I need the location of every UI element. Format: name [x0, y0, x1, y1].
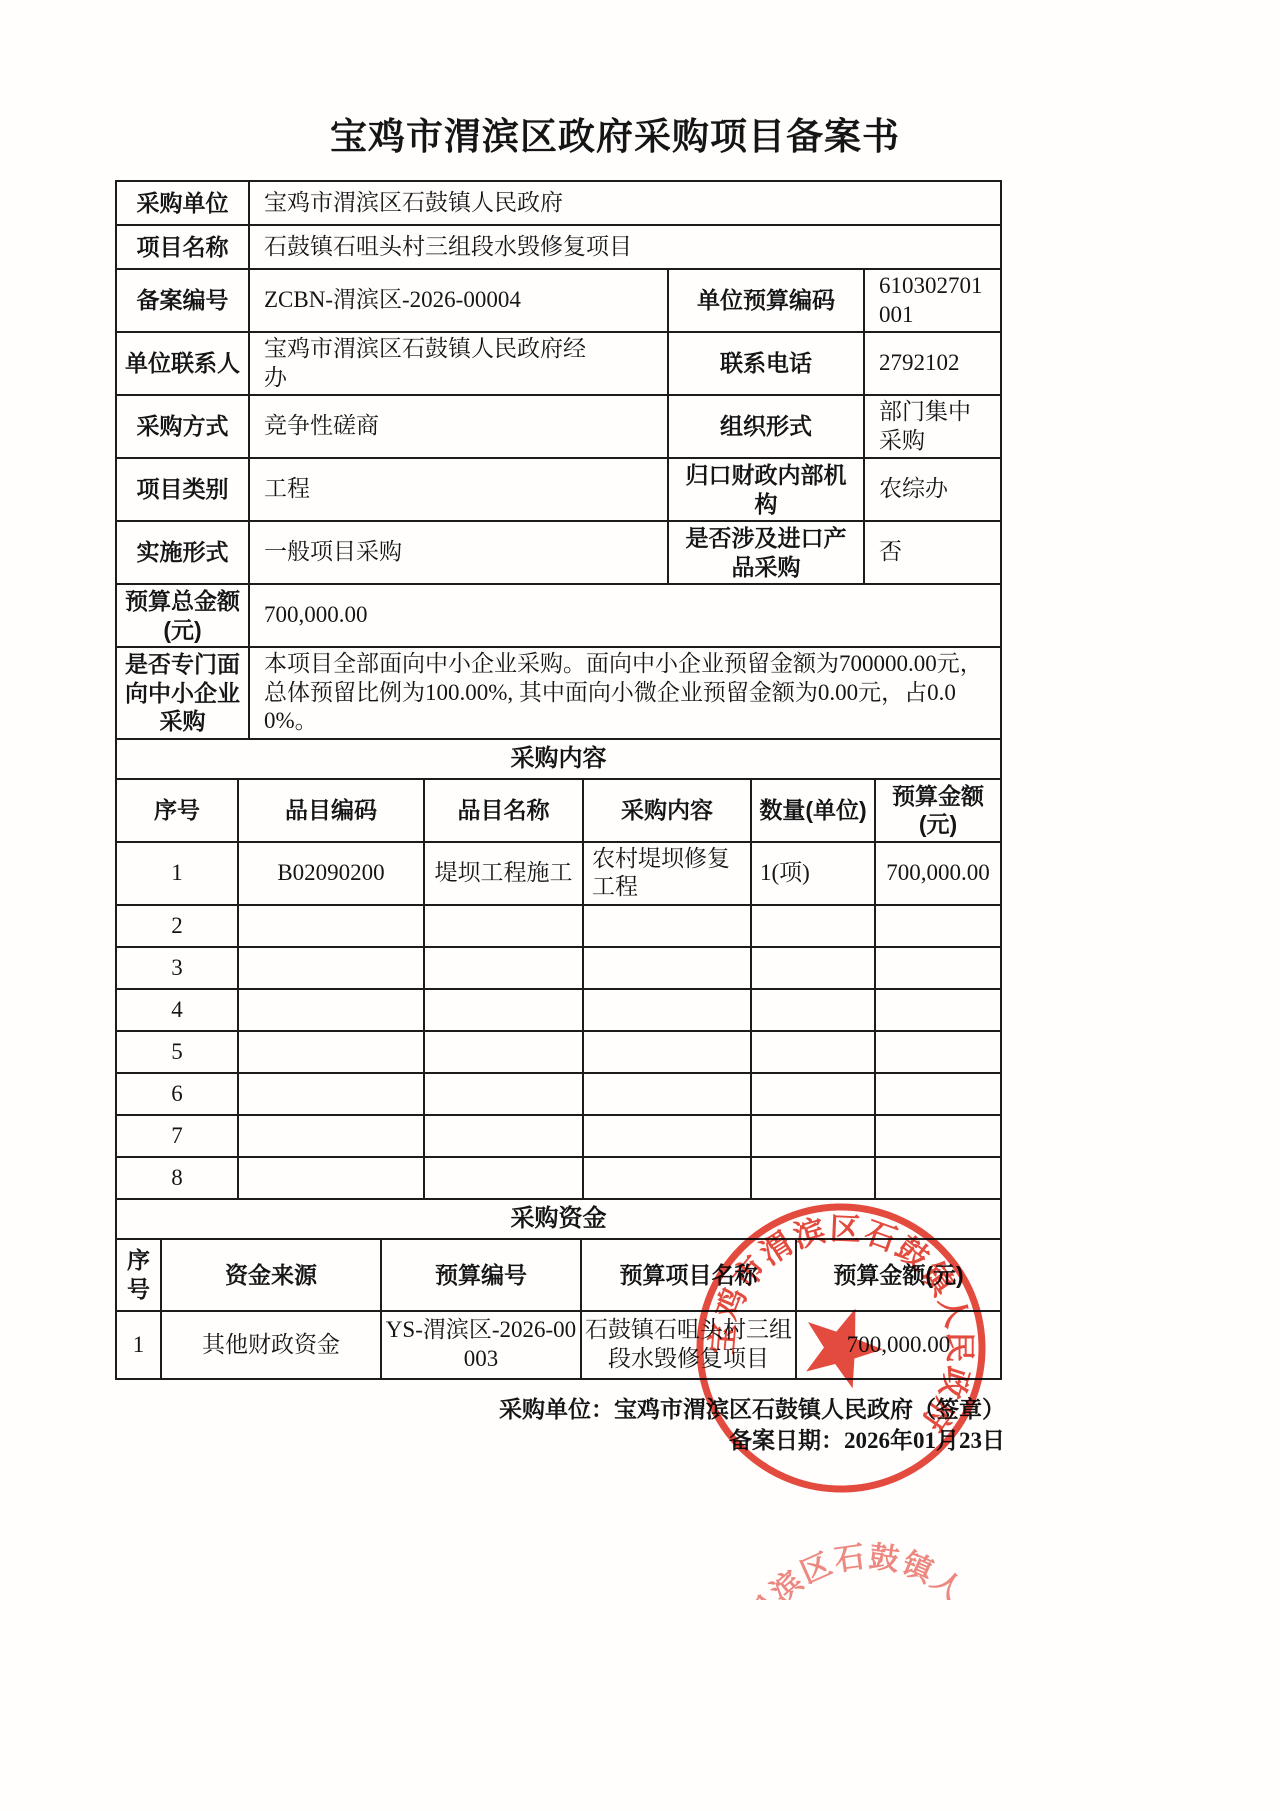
amount-cell: 700,000.00 [875, 842, 1001, 905]
qty-cell: 1(项) [751, 842, 875, 905]
empty-cell [875, 947, 1001, 989]
finance-dept-label: 归口财政内部机构 [668, 458, 864, 521]
budget-amount-cell: 700,000.00 [796, 1311, 1001, 1379]
seq-cell: 1 [116, 842, 238, 905]
phone-value: 2792102 [864, 332, 1001, 395]
budget-code-label: 单位预算编码 [668, 269, 864, 332]
table-row: 实施形式 一般项目采购 是否涉及进口产品采购 否 [116, 521, 1001, 584]
seq-cell: 7 [116, 1115, 238, 1157]
footer-block: 采购单位：宝鸡市渭滨区石鼓镇人民政府（签章） 备案日期：2026年01月23日 [115, 1394, 1005, 1456]
funds-section-title: 采购资金 [116, 1199, 1001, 1239]
signature-line: 采购单位：宝鸡市渭滨区石鼓镇人民政府（签章） [115, 1394, 1005, 1425]
empty-cell [875, 989, 1001, 1031]
table-row: 采购单位 宝鸡市渭滨区石鼓镇人民政府 [116, 181, 1001, 225]
column-header-row: 序号 品目编码 品目名称 采购内容 数量(单位) 预算金额(元) [116, 779, 1001, 842]
seq-cell: 2 [116, 905, 238, 947]
empty-cell [424, 1073, 583, 1115]
category-label: 项目类别 [116, 458, 249, 521]
empty-cell [583, 947, 751, 989]
method-label: 采购方式 [116, 395, 249, 458]
empty-cell [583, 1157, 751, 1199]
content-table: 采购内容 序号 品目编码 品目名称 采购内容 数量(单位) 预算金额(元) 1 … [115, 738, 1002, 1200]
budget-project-cell: 石鼓镇石咀头村三组段水毁修复项目 [581, 1311, 796, 1379]
empty-cell [583, 1031, 751, 1073]
seq-cell: 3 [116, 947, 238, 989]
project-name-value: 石鼓镇石咀头村三组段水毁修复项目 [249, 225, 1001, 269]
table-row: 8 [116, 1157, 1001, 1199]
table-row: 是否专门面向中小企业采购 本项目全部面向中小企业采购。面向中小企业预留金额为70… [116, 647, 1001, 739]
section-header-row: 采购内容 [116, 739, 1001, 779]
empty-cell [751, 989, 875, 1031]
content-cell: 农村堤坝修复工程 [583, 842, 751, 905]
table-row: 采购方式 竞争性磋商 组织形式 部门集中采购 [116, 395, 1001, 458]
empty-cell [875, 1115, 1001, 1157]
purchaser-label: 采购单位 [116, 181, 249, 225]
category-value: 工程 [249, 458, 668, 521]
budget-no-cell: YS-渭滨区-2026-00003 [381, 1311, 581, 1379]
table-row: 1 其他财政资金 YS-渭滨区-2026-00003 石鼓镇石咀头村三组段水毁修… [116, 1311, 1001, 1379]
empty-cell [751, 1073, 875, 1115]
table-row: 项目类别 工程 归口财政内部机构 农综办 [116, 458, 1001, 521]
item-name-cell: 堤坝工程施工 [424, 842, 583, 905]
empty-cell [238, 905, 424, 947]
table-row: 5 [116, 1031, 1001, 1073]
col-item-name: 品目名称 [424, 779, 583, 842]
col-seq: 序号 [116, 1239, 161, 1311]
table-row: 备案编号 ZCBN-渭滨区-2026-00004 单位预算编码 61030270… [116, 269, 1001, 332]
empty-cell [583, 1115, 751, 1157]
fund-source-cell: 其他财政资金 [161, 1311, 381, 1379]
empty-cell [751, 905, 875, 947]
table-row: 项目名称 石鼓镇石咀头村三组段水毁修复项目 [116, 225, 1001, 269]
empty-cell [238, 1031, 424, 1073]
impl-form-value: 一般项目采购 [249, 521, 668, 584]
record-date-line: 备案日期：2026年01月23日 [115, 1425, 1005, 1456]
empty-cell [583, 1073, 751, 1115]
seq-cell: 4 [116, 989, 238, 1031]
empty-cell [424, 989, 583, 1031]
table-row: 预算总金额(元) 700,000.00 [116, 584, 1001, 647]
empty-cell [875, 905, 1001, 947]
empty-cell [424, 1031, 583, 1073]
project-name-label: 项目名称 [116, 225, 249, 269]
empty-cell [875, 1031, 1001, 1073]
empty-cell [751, 1115, 875, 1157]
empty-cell [751, 1157, 875, 1199]
column-header-row: 序号 资金来源 预算编号 预算项目名称 预算金额(元) [116, 1239, 1001, 1311]
method-value: 竞争性磋商 [249, 395, 668, 458]
empty-cell [424, 905, 583, 947]
empty-cell [875, 1157, 1001, 1199]
seq-cell: 5 [116, 1031, 238, 1073]
empty-cell [238, 1157, 424, 1199]
col-item-code: 品目编码 [238, 779, 424, 842]
sme-label: 是否专门面向中小企业采购 [116, 647, 249, 739]
phone-label: 联系电话 [668, 332, 864, 395]
empty-cell [424, 1115, 583, 1157]
budget-code-value: 610302701001 [864, 269, 1001, 332]
purchaser-value: 宝鸡市渭滨区石鼓镇人民政府 [249, 181, 1001, 225]
col-budget-amount: 预算金额(元) [796, 1239, 1001, 1311]
col-content: 采购内容 [583, 779, 751, 842]
empty-cell [424, 1157, 583, 1199]
item-code-cell: B02090200 [238, 842, 424, 905]
col-amount: 预算金额(元) [875, 779, 1001, 842]
finance-dept-value: 农综办 [864, 458, 1001, 521]
empty-cell [424, 947, 583, 989]
contact-label: 单位联系人 [116, 332, 249, 395]
empty-cell [583, 989, 751, 1031]
empty-cell [238, 1073, 424, 1115]
record-no-value: ZCBN-渭滨区-2026-00004 [249, 269, 668, 332]
document-page: 宝鸡市渭滨区政府采购项目备案书 采购单位 宝鸡市渭滨区石鼓镇人民政府 项目名称 … [0, 0, 1280, 1811]
table-row: 单位联系人 宝鸡市渭滨区石鼓镇人民政府经办 联系电话 2792102 [116, 332, 1001, 395]
section-header-row: 采购资金 [116, 1199, 1001, 1239]
seq-cell: 1 [116, 1311, 161, 1379]
table-row: 7 [116, 1115, 1001, 1157]
org-form-label: 组织形式 [668, 395, 864, 458]
col-seq: 序号 [116, 779, 238, 842]
contact-value: 宝鸡市渭滨区石鼓镇人民政府经办 [249, 332, 668, 395]
empty-cell [238, 989, 424, 1031]
total-budget-value: 700,000.00 [249, 584, 1001, 647]
seq-cell: 8 [116, 1157, 238, 1199]
funds-table: 采购资金 序号 资金来源 预算编号 预算项目名称 预算金额(元) 1 其他财政资… [115, 1198, 1002, 1380]
empty-cell [751, 1031, 875, 1073]
col-budget-no: 预算编号 [381, 1239, 581, 1311]
table-row: 6 [116, 1073, 1001, 1115]
import-label: 是否涉及进口产品采购 [668, 521, 864, 584]
table-row: 1 B02090200 堤坝工程施工 农村堤坝修复工程 1(项) 700,000… [116, 842, 1001, 905]
col-fund-source: 资金来源 [161, 1239, 381, 1311]
empty-cell [751, 947, 875, 989]
empty-cell [583, 905, 751, 947]
empty-cell [238, 1115, 424, 1157]
record-no-label: 备案编号 [116, 269, 249, 332]
table-row: 4 [116, 989, 1001, 1031]
page-title: 宝鸡市渭滨区政府采购项目备案书 [120, 0, 1110, 160]
info-table: 采购单位 宝鸡市渭滨区石鼓镇人民政府 项目名称 石鼓镇石咀头村三组段水毁修复项目… [115, 180, 1002, 740]
total-budget-label: 预算总金额(元) [116, 584, 249, 647]
import-value: 否 [864, 521, 1001, 584]
sme-statement: 本项目全部面向中小企业采购。面向中小企业预留金额为700000.00元，总体预留… [249, 647, 1001, 739]
table-row: 2 [116, 905, 1001, 947]
table-row: 3 [116, 947, 1001, 989]
empty-cell [875, 1073, 1001, 1115]
seq-cell: 6 [116, 1073, 238, 1115]
org-form-value: 部门集中采购 [864, 395, 1001, 458]
empty-cell [238, 947, 424, 989]
col-qty: 数量(单位) [751, 779, 875, 842]
content-section-title: 采购内容 [116, 739, 1001, 779]
col-budget-project: 预算项目名称 [581, 1239, 796, 1311]
impl-form-label: 实施形式 [116, 521, 249, 584]
